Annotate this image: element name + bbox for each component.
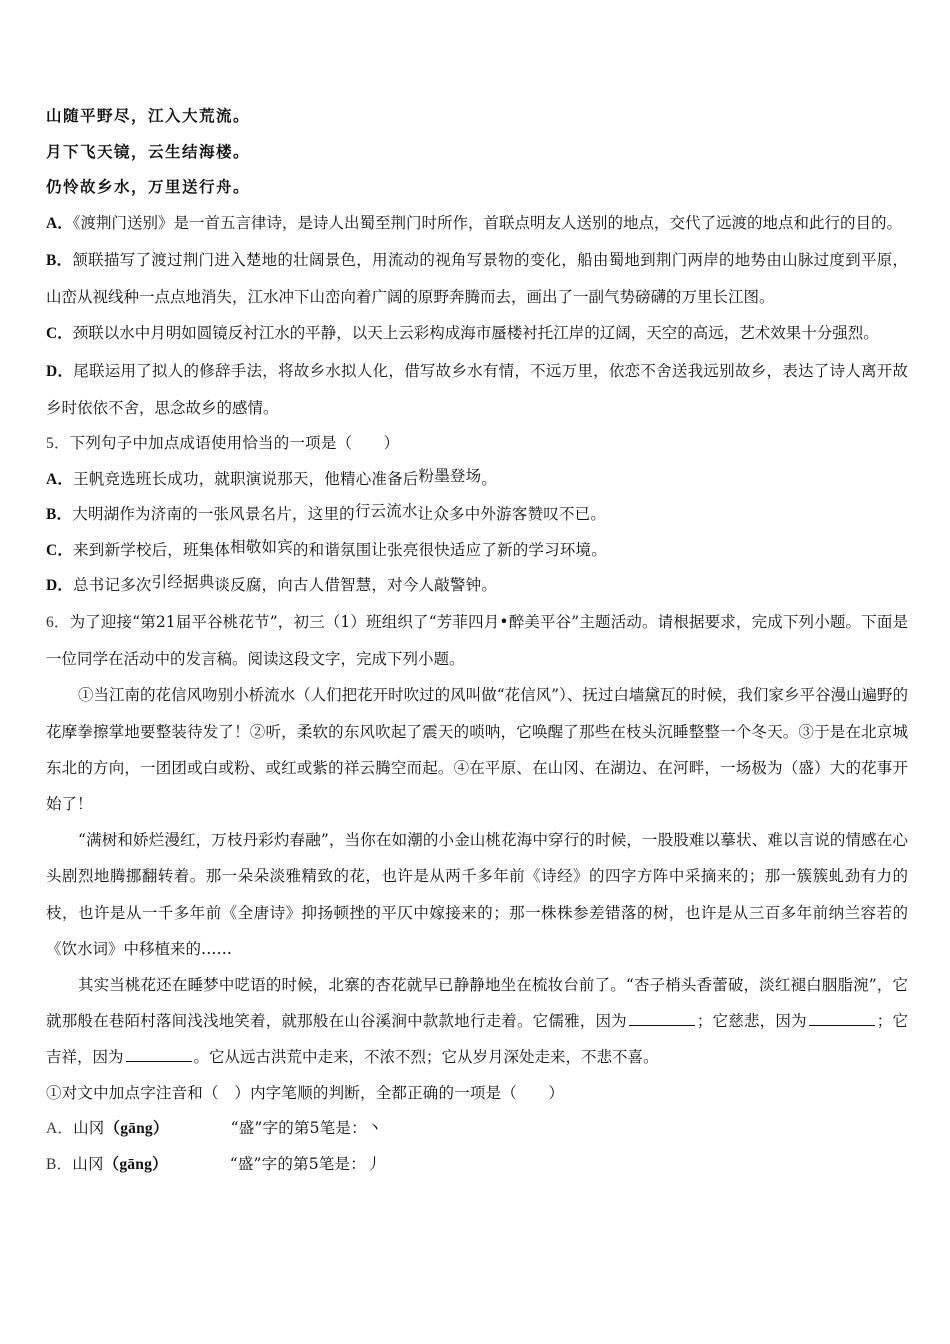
option-text: 王帆竞选班长成功，就职演说那天，他精心准备后 (73, 470, 418, 488)
poem-line: 月下飞天镜，云生结海楼。 (46, 134, 908, 170)
dotted-idiom: 引经据典 (152, 573, 215, 591)
question-number: 6． (46, 614, 70, 631)
passage-text: ；它慈悲，因为 (697, 1012, 807, 1030)
dotted-idiom: 行云流水 (355, 502, 418, 520)
option-label: D． (46, 363, 73, 380)
passage-paragraph: 其实当桃花还在睡梦中呓语的时候，北寨的杏花就早已静静地坐在梳妆台前了。“杏子梢头… (46, 967, 908, 1076)
poem-line: 仍怜故乡水，万里送行舟。 (46, 169, 908, 205)
option-b: B．大明湖作为济南的一张风景名片，这里的行云流水让众多中外游客赞叹不已。 (46, 497, 908, 533)
option-label: B． (46, 506, 72, 523)
option-d: D．总书记多次引经据典谈反腐，向古人借智慧，对今人敲警钟。 (46, 568, 908, 604)
sub1-option-a: A．山冈（gāng）“盛”字的第5笔是：丶 (46, 1111, 908, 1147)
option-text: 让众多中外游客赞叹不已。 (418, 505, 606, 523)
option-text: 。 (481, 470, 497, 488)
option-stroke: “盛”字的第5笔是：丿 (230, 1155, 382, 1173)
question-stem: 6．为了迎接“第21届平谷桃花节”，初三（1）班组织了“芳菲四月•醉美平谷”主题… (46, 604, 908, 677)
poem-line: 山随平野尽，江入大荒流。 (46, 98, 908, 134)
option-label: A． (46, 471, 73, 488)
passage-text: 。它从远古洪荒中走来，不浓不烈；它从岁月深处走来，不悲不喜。 (194, 1048, 659, 1066)
question-text: 为了迎接“第21届平谷桃花节”，初三（1）班组织了“芳菲四月•醉美平谷”主题活动… (46, 613, 908, 668)
option-label: B． (46, 1156, 72, 1173)
option-c: C．颈联以水中月明如圆镜反衬江水的平静，以天上云彩构成海市蜃楼衬托江岸的辽阔，天… (46, 315, 908, 352)
sub-question-1-stem: ①对文中加点字注音和（ ）内字笔顺的判断，全都正确的一项是（ ） (46, 1076, 908, 1112)
question-6: 6．为了迎接“第21届平谷桃花节”，初三（1）班组织了“芳菲四月•醉美平谷”主题… (46, 604, 908, 1182)
option-a: A．王帆竞选班长成功，就职演说那天，他精心准备后粉墨登场。 (46, 462, 908, 498)
option-text: 颔联描写了渡过荆门进入楚地的壮阔景色，用流动的视角写景物的变化，船由蜀地到荆门两… (46, 251, 908, 306)
option-label: B． (46, 252, 72, 269)
option-text: 总书记多次 (73, 576, 152, 594)
option-text: 尾联运用了拟人的修辞手法，将故乡水拟人化，借写故乡水有情，不远万里，依恋不舍送我… (46, 362, 908, 417)
option-label: C． (46, 325, 73, 342)
question-text: 下列句子中加点成语使用恰当的一项是（ ） (70, 434, 400, 452)
option-label: C． (46, 542, 73, 559)
exam-page: 山随平野尽，江入大荒流。 月下飞天镜，云生结海楼。 仍怜故乡水，万里送行舟。 A… (46, 98, 908, 1182)
question-stem: 5．下列句子中加点成语使用恰当的一项是（ ） (46, 426, 908, 462)
poem: 山随平野尽，江入大荒流。 月下飞天镜，云生结海楼。 仍怜故乡水，万里送行舟。 (46, 98, 908, 205)
option-d: D．尾联运用了拟人的修辞手法，将故乡水拟人化，借写故乡水有情，不远万里，依恋不舍… (46, 353, 908, 426)
option-word: 山冈 (73, 1119, 104, 1137)
sub1-option-b: B．山冈（gāng）“盛”字的第5笔是：丿 (46, 1147, 908, 1183)
option-pinyin: （gāng） (104, 1156, 168, 1173)
passage-paragraph: “满树和娇烂漫红，万枝丹彩灼春融”，当你在如潮的小金山桃花海中穿行的时候，一股股… (46, 822, 908, 967)
dotted-idiom: 相敬如宾 (230, 538, 293, 556)
option-text: 谈反腐，向古人借智慧，对今人敲警钟。 (214, 576, 497, 594)
fill-blank-1[interactable] (629, 1011, 695, 1026)
fill-blank-3[interactable] (126, 1047, 192, 1062)
fill-blank-2[interactable] (809, 1011, 875, 1026)
option-text: 《渡荆门送别》是一首五言律诗，是诗人出蜀至荆门时所作，首联点明友人送别的地点，交… (73, 214, 902, 232)
option-b: B．颔联描写了渡过荆门进入楚地的壮阔景色，用流动的视角写景物的变化，船由蜀地到荆… (46, 242, 908, 315)
option-text: 来到新学校后，班集体 (73, 541, 230, 559)
option-label: A． (46, 1120, 73, 1137)
q4-options: A．《渡荆门送别》是一首五言律诗，是诗人出蜀至荆门时所作，首联点明友人送别的地点… (46, 205, 908, 426)
option-word: 山冈 (72, 1155, 103, 1173)
option-text: 大明湖作为济南的一张风景名片，这里的 (72, 505, 355, 523)
option-text: 的和谐氛围让张亮很快适应了新的学习环境。 (293, 541, 607, 559)
question-5: 5．下列句子中加点成语使用恰当的一项是（ ） A．王帆竞选班长成功，就职演说那天… (46, 426, 908, 604)
option-label: A． (46, 215, 73, 232)
option-stroke: “盛”字的第5笔是：丶 (231, 1119, 383, 1137)
option-text: 颈联以水中月明如圆镜反衬江水的平静，以天上云彩构成海市蜃楼衬托江岸的辽阔，天空的… (73, 324, 879, 342)
option-c: C．来到新学校后，班集体相敬如宾的和谐氛围让张亮很快适应了新的学习环境。 (46, 533, 908, 569)
option-label: D． (46, 577, 73, 594)
dotted-idiom: 粉墨登场 (419, 467, 482, 485)
option-a: A．《渡荆门送别》是一首五言律诗，是诗人出蜀至荆门时所作，首联点明友人送别的地点… (46, 205, 908, 242)
question-number: 5． (46, 435, 70, 452)
passage-paragraph: ①当江南的花信风吻别小桥流水（人们把花开时吹过的风叫做“花信风”）、抚过白墙黛瓦… (46, 677, 908, 822)
option-pinyin: （gāng） (105, 1120, 169, 1137)
